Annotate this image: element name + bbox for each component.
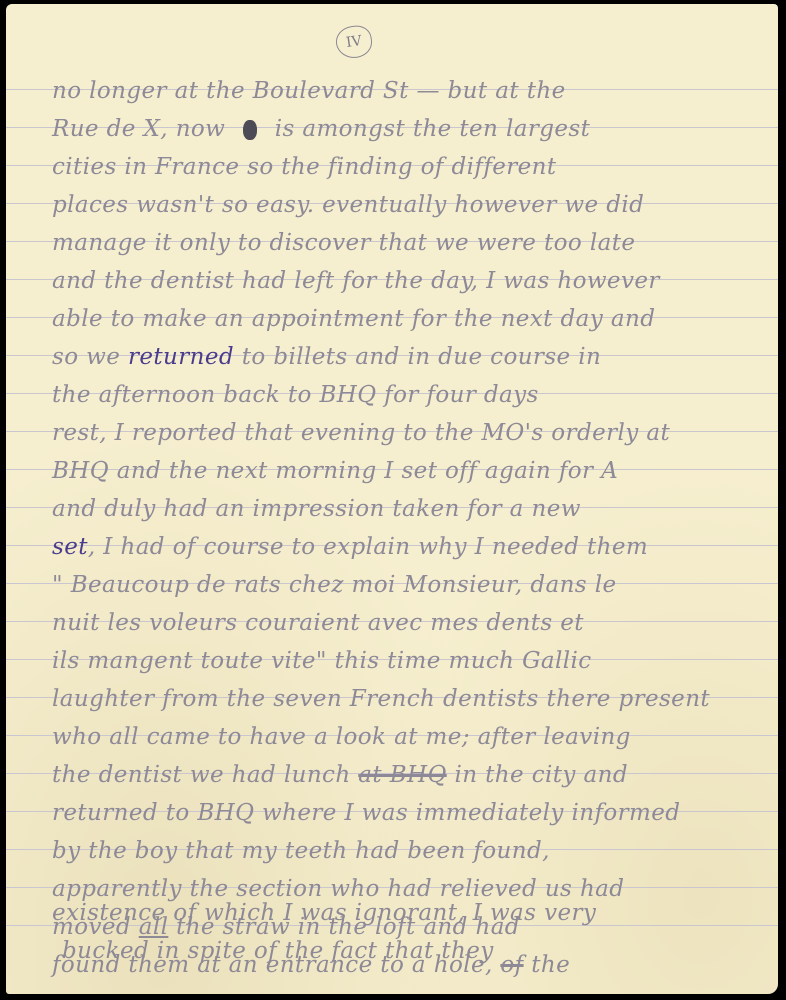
text-line-8: so we returned to billets and in due cou…: [52, 342, 772, 372]
text-line-3: cities in France so the finding of diffe…: [52, 152, 772, 182]
text-line-13: set, I had of course to explain why I ne…: [52, 532, 772, 562]
text-line-25: existence of which I was ignorant, I was…: [52, 898, 772, 928]
text-line-11: BHQ and the next morning I set off again…: [52, 456, 772, 486]
text-line-19: the dentist we had lunch at BHQ in the c…: [52, 760, 772, 790]
redaction-scribble-icon: [243, 120, 257, 140]
text-segment: , I had of course to explain why I neede…: [88, 534, 648, 560]
overwritten-word: set: [52, 534, 88, 560]
letter-page: IV no longer at the Boulevard St — but a…: [6, 4, 778, 994]
text-line-18: who all came to have a look at me; after…: [52, 722, 772, 752]
text-line-10: rest, I reported that evening to the MO'…: [52, 418, 772, 448]
text-line-12: and duly had an impression taken for a n…: [52, 494, 772, 524]
text-segment: Rue de X, now: [52, 116, 225, 142]
text-segment: the dentist we had lunch: [52, 762, 351, 788]
struck-through-text: at BHQ: [358, 762, 446, 788]
text-line-2: Rue de X, now is amongst the ten largest: [52, 114, 772, 144]
text-line-5: manage it only to discover that we were …: [52, 228, 772, 258]
text-line-15: nuit les voleurs couraient avec mes dent…: [52, 608, 772, 638]
text-line-4: places wasn't so easy. eventually howeve…: [52, 190, 772, 220]
text-line-9: the afternoon back to BHQ for four days: [52, 380, 772, 410]
text-line-1: no longer at the Boulevard St — but at t…: [52, 76, 772, 106]
page-number: IV: [334, 24, 374, 61]
text-line-7: able to make an appointment for the next…: [52, 304, 772, 334]
text-segment: is amongst the ten largest: [275, 116, 591, 142]
text-line-21: by the boy that my teeth had been found,: [52, 836, 772, 866]
text-line-20: returned to BHQ where I was immediately …: [52, 798, 772, 828]
text-segment: in the city and: [454, 762, 628, 788]
text-line-14: " Beaucoup de rats chez moi Monsieur, da…: [52, 570, 772, 600]
text-line-6: and the dentist had left for the day, I …: [52, 266, 772, 296]
overwritten-word: returned: [128, 344, 234, 370]
text-line-26: bucked in spite of the fact that they: [62, 936, 782, 966]
text-line-17: laughter from the seven French dentists …: [52, 684, 772, 714]
text-segment: so we: [52, 344, 120, 370]
text-segment: to billets and in due course in: [242, 344, 602, 370]
text-line-16: ils mangent toute vite" this time much G…: [52, 646, 772, 676]
